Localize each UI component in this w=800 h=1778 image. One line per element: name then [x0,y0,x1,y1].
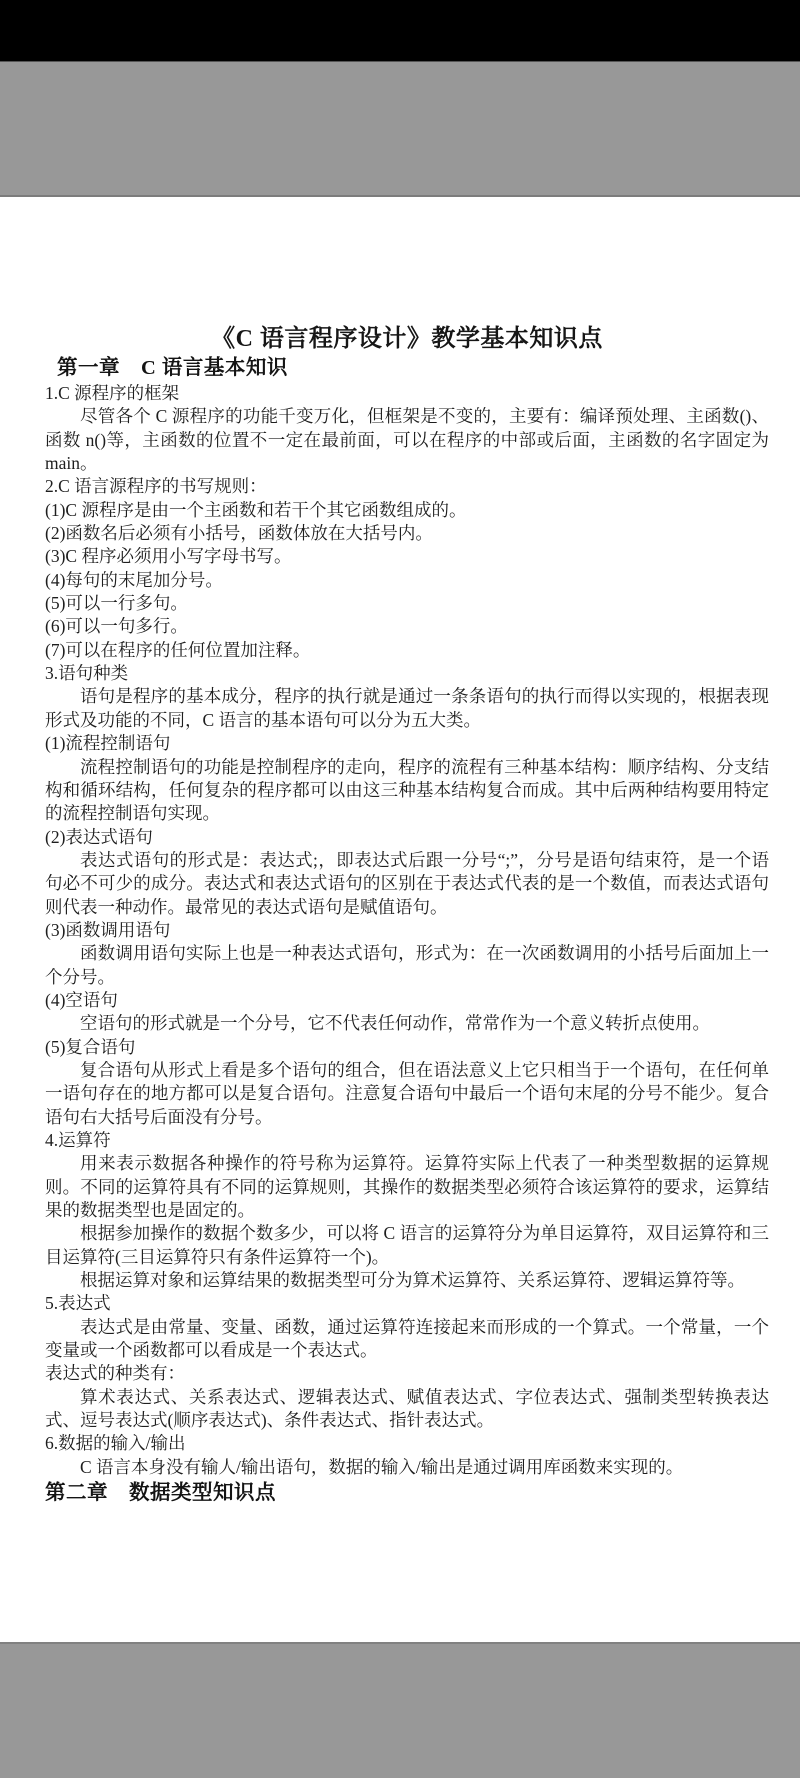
doc-line: 根据参加操作的数据个数多少，可以将 C 语言的运算符分为单目运算符，双目运算符和… [45,1222,769,1269]
doc-line: (4)每句的末尾加分号。 [45,569,769,592]
doc-line: 5.表达式 [45,1292,769,1315]
doc-line: (5)复合语句 [45,1036,769,1059]
doc-line: 表达式语句的形式是：表达式;，即表达式后跟一分号“;”，分号是语句结束符，是一个… [45,849,769,919]
doc-line: 尽管各个 C 源程序的功能千变万化，但框架是不变的，主要有：编译预处理、主函数(… [45,405,769,475]
doc-line: (1)流程控制语句 [45,732,769,755]
doc-line: (3)C 程序必须用小写字母书写。 [45,545,769,568]
chapter-heading: 第一章 C 语言基本知识 [45,354,769,382]
doc-line: 语句是程序的基本成分，程序的执行就是通过一条条语句的执行而得以实现的，根据表现形… [45,685,769,732]
doc-line: (2)函数名后必须有小括号，函数体放在大括号内。 [45,522,769,545]
doc-line: (3)函数调用语句 [45,919,769,942]
document-viewer[interactable]: 《C 语言程序设计》教学基本知识点 第一章 C 语言基本知识1.C 源程序的框架… [0,0,800,1778]
top-letterbox-bar [0,0,800,62]
doc-line: 3.语句种类 [45,662,769,685]
doc-line: 流程控制语句的功能是控制程序的走向，程序的流程有三种基本结构：顺序结构、分支结构… [45,756,769,826]
doc-line: C 语言本身没有输人/输出语句，数据的输入/输出是通过调用库函数来实现的。 [45,1456,769,1479]
doc-line: 复合语句从形式上看是多个语句的组合，但在语法意义上它只相当于一个语句，在任何单一… [45,1059,769,1129]
doc-line: (1)C 源程序是由一个主函数和若干个其它函数组成的。 [45,499,769,522]
doc-line: 空语句的形式就是一个分号，它不代表任何动作，常常作为一个意义转折点使用。 [45,1012,769,1035]
doc-line: (2)表达式语句 [45,826,769,849]
doc-line: 用来表示数据各种操作的符号称为运算符。运算符实际上代表了一种类型数据的运算规则。… [45,1152,769,1222]
doc-line: (7)可以在程序的任何位置加注释。 [45,639,769,662]
doc-line: 表达式的种类有： [45,1362,769,1385]
doc-line: 表达式是由常量、变量、函数，通过运算符连接起来而形成的一个算式。一个常量，一个变… [45,1316,769,1363]
doc-line: 2.C 语言源程序的书写规则： [45,475,769,498]
doc-line: 根据运算对象和运算结果的数据类型可分为算术运算符、关系运算符、逻辑运算符等。 [45,1269,769,1292]
doc-line: 函数调用语句实际上也是一种表达式语句，形式为：在一次函数调用的小括号后面加上一个… [45,942,769,989]
doc-line: (6)可以一句多行。 [45,615,769,638]
doc-line: (5)可以一行多句。 [45,592,769,615]
chapter-heading: 第二章 数据类型知识点 [45,1479,769,1507]
doc-line: 1.C 源程序的框架 [45,382,769,405]
doc-line: (4)空语句 [45,989,769,1012]
doc-line: 6.数据的输入/输出 [45,1432,769,1455]
doc-line: 算术表达式、关系表达式、逻辑表达式、赋值表达式、字位表达式、强制类型转换表达式、… [45,1386,769,1433]
doc-line: 4.运算符 [45,1129,769,1152]
document-page[interactable]: 《C 语言程序设计》教学基本知识点 第一章 C 语言基本知识1.C 源程序的框架… [0,197,800,1642]
document-body: 第一章 C 语言基本知识1.C 源程序的框架尽管各个 C 源程序的功能千变万化，… [45,354,769,1507]
document-title: 《C 语言程序设计》教学基本知识点 [45,324,769,354]
